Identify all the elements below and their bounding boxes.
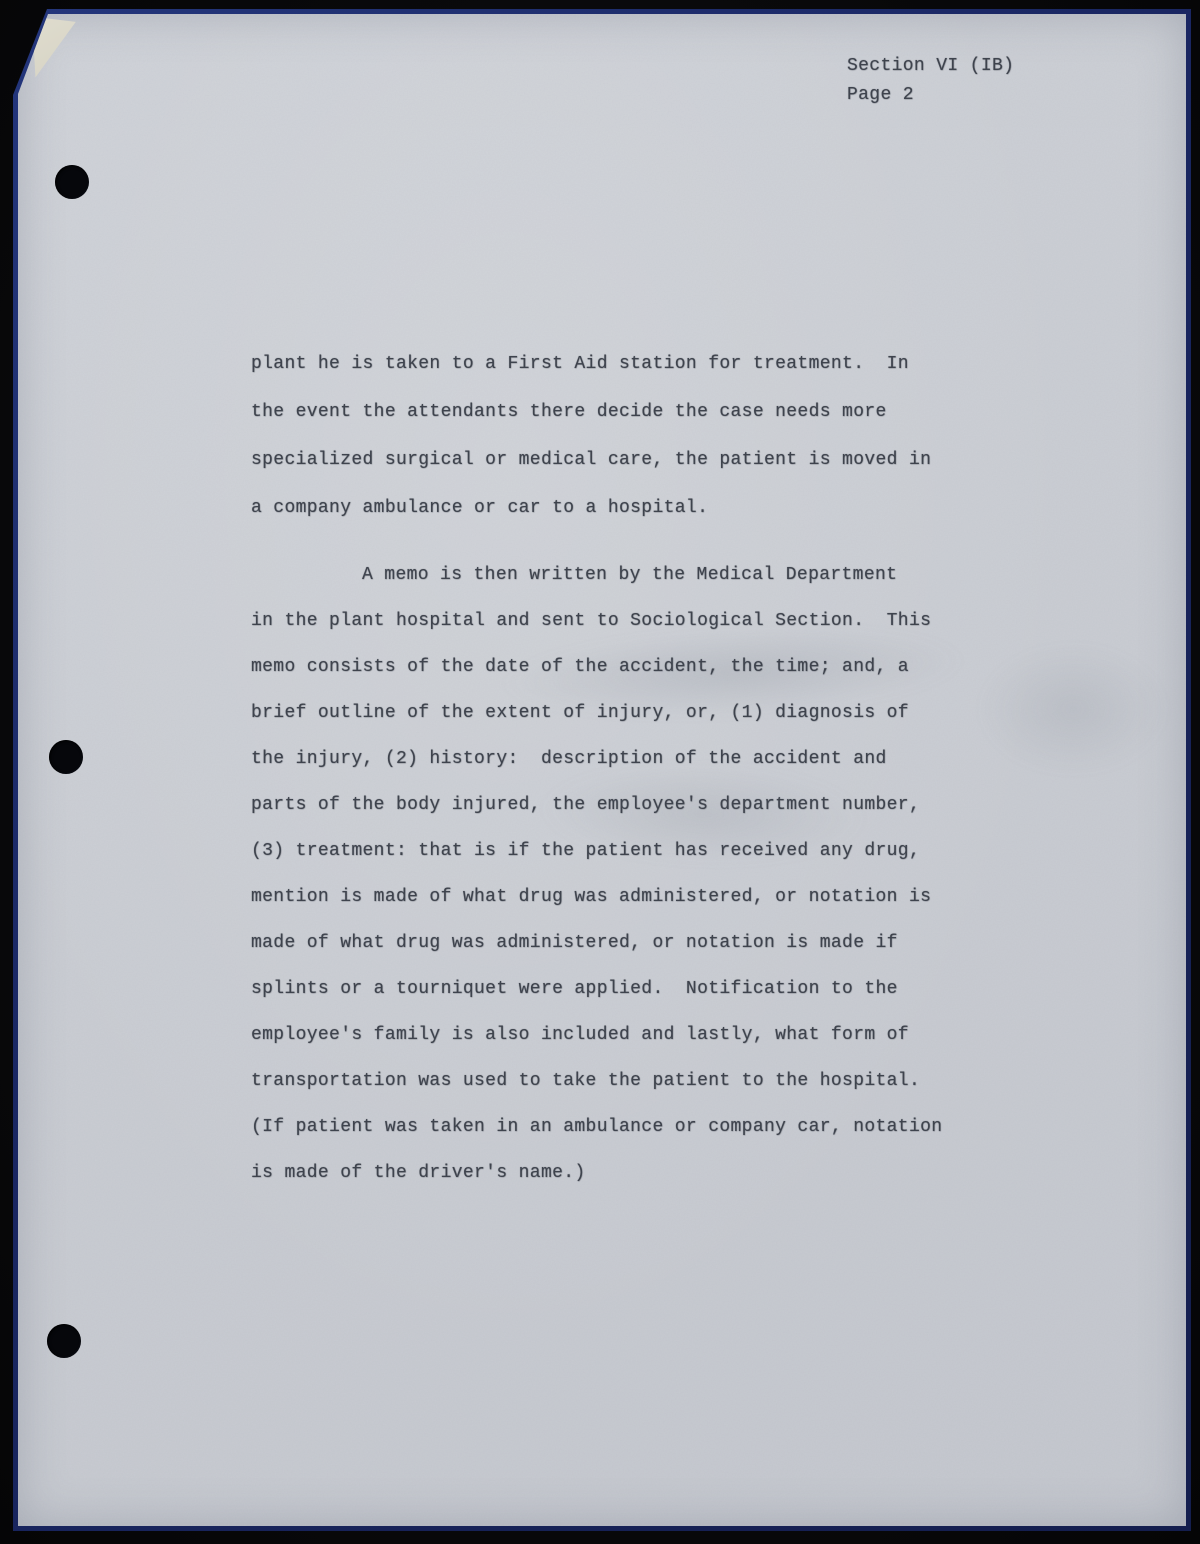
text-line: (If patient was taken in an ambulance or… (251, 1104, 942, 1150)
text-line: transportation was used to take the pati… (251, 1058, 942, 1104)
text-line: splints or a tourniquet were applied. No… (251, 966, 942, 1012)
paragraph: plant he is taken to a First Aid station… (251, 340, 931, 532)
text-line: a company ambulance or car to a hospital… (251, 484, 931, 532)
text-line: mention is made of what drug was adminis… (251, 874, 942, 920)
text-line: made of what drug was administered, or n… (251, 920, 942, 966)
scanner-background: Section VI (IB) Page 2 plant he is taken… (0, 0, 1200, 1544)
ink-bleedthrough-smudge (978, 644, 1168, 774)
text-line: the injury, (2) history: description of … (251, 736, 942, 782)
text-line: parts of the body injured, the employee'… (251, 782, 942, 828)
text-line: memo consists of the date of the acciden… (251, 644, 942, 690)
text-line: in the plant hospital and sent to Sociol… (251, 598, 942, 644)
text-line: the event the attendants there decide th… (251, 388, 931, 436)
text-line: specialized surgical or medical care, th… (251, 436, 931, 484)
punch-hole (49, 740, 83, 774)
paper-edge: Section VI (IB) Page 2 plant he is taken… (13, 9, 1191, 1531)
text-line: is made of the driver's name.) (251, 1150, 942, 1196)
page-header: Section VI (IB) Page 2 (847, 52, 1014, 110)
section-label: Section VI (IB) (847, 52, 1014, 81)
text-line: (3) treatment: that is if the patient ha… (251, 828, 942, 874)
text-line: brief outline of the extent of injury, o… (251, 690, 942, 736)
document-page: Section VI (IB) Page 2 plant he is taken… (18, 14, 1186, 1526)
page-number-label: Page 2 (847, 81, 1014, 110)
punch-hole (47, 1324, 81, 1358)
corner-fold (22, 14, 78, 80)
punch-hole (55, 165, 89, 199)
paragraph: A memo is then written by the Medical De… (251, 552, 942, 1196)
text-line: employee's family is also included and l… (251, 1012, 942, 1058)
text-line: plant he is taken to a First Aid station… (251, 340, 931, 388)
text-line: A memo is then written by the Medical De… (251, 552, 942, 598)
